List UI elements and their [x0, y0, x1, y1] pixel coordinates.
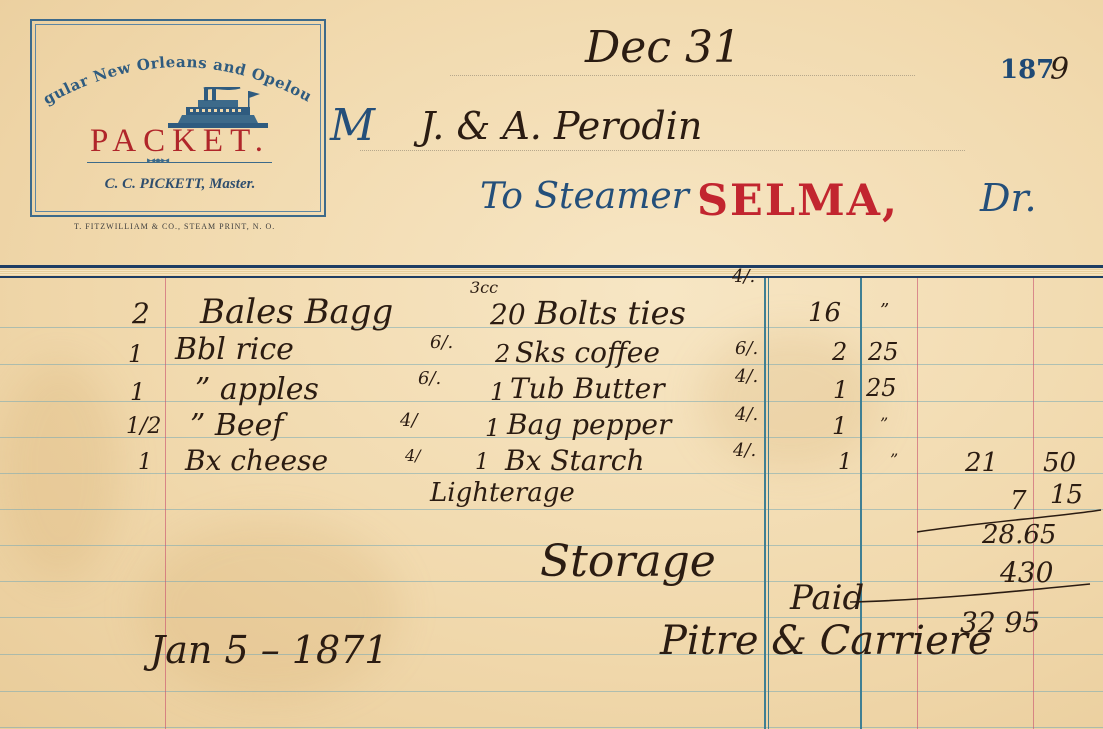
note-above: 3cc — [470, 278, 498, 297]
year-handwritten-digit: 9 — [1050, 52, 1069, 87]
item-dollars: 2 — [832, 338, 847, 366]
year-printed: 187 — [1000, 55, 1054, 85]
arc-text-svg: Regular New Orleans and Opelousas — [32, 21, 328, 121]
total-underline-stroke — [790, 580, 1103, 620]
steamer-name: SELMA, — [697, 176, 899, 226]
master-name: C. C. PICKETT, Master. — [32, 176, 328, 193]
item-qty-2: 1 — [490, 378, 505, 406]
debit-label: Dr. — [980, 176, 1037, 220]
paper-stain — [0, 360, 120, 580]
item-cents: ” — [880, 414, 888, 433]
logo-arc-text: Regular New Orleans and Opelousas — [32, 21, 315, 108]
item-qty: 2 — [132, 297, 150, 330]
item-desc-2: Bx Starch — [505, 444, 645, 477]
ledger-top-rule — [0, 265, 1103, 268]
item-desc: Bales Bagg — [200, 292, 393, 332]
date-dotted-line — [450, 75, 915, 76]
addressee-prefix: M — [330, 100, 375, 151]
item-qty-2: 1 — [475, 450, 489, 475]
item-dollars: 1 — [838, 450, 852, 475]
item-qty: 1/2 — [126, 414, 161, 439]
subtotal-cents: 50 — [1043, 448, 1076, 478]
item-cents: ” — [880, 300, 889, 321]
paper-stain — [700, 330, 880, 470]
subtotal-dollars: 21 — [965, 448, 998, 478]
item-desc-2: Sks coffee — [515, 336, 660, 369]
item-rate-2: 4/. — [733, 440, 756, 461]
item-rate-2: 4/. — [732, 266, 755, 287]
lighterage-label: Lighterage — [430, 478, 575, 508]
paid-date: Jan 5 – 1871 — [150, 628, 388, 672]
signature: Pitre & Carriere — [660, 618, 992, 664]
packet-title: PACKET. — [32, 123, 328, 160]
item-rate: 4/ — [400, 410, 418, 431]
item-desc: ” Beef — [190, 408, 284, 443]
item-desc-2: Tub Butter — [510, 372, 665, 405]
item-rate: 4/ — [405, 446, 421, 465]
addressee-handwritten: J. & A. Perodin — [420, 104, 702, 148]
item-rate: 6/. — [430, 332, 453, 353]
svg-text:Regular New Orleans and Opelou: Regular New Orleans and Opelousas — [32, 21, 315, 108]
addressee-dotted-line — [360, 150, 965, 151]
steamboat-icon — [168, 87, 268, 131]
item-rate-2: 4/. — [735, 366, 758, 387]
sum-amount: 28.65 — [982, 520, 1056, 550]
item-qty-2: 1 — [485, 414, 500, 442]
item-dollars: 1 — [832, 412, 847, 440]
item-qty-2: 2 — [495, 340, 510, 368]
printer-imprint: T. FITZWILLIAM & CO., STEAM PRINT, N. O. — [74, 222, 275, 231]
item-dollars: 16 — [808, 298, 841, 328]
ledger-top-band — [0, 269, 1103, 275]
item-cents: 25 — [866, 374, 897, 402]
storage-label: Storage — [540, 536, 716, 587]
item-rate-2: 6/. — [735, 338, 758, 359]
item-cents: ” — [890, 450, 898, 469]
item-desc-2: Bag pepper — [507, 408, 671, 441]
item-dollars: 1 — [833, 376, 848, 404]
date-handwritten: Dec 31 — [585, 22, 741, 73]
item-qty: 1 — [138, 450, 152, 475]
item-desc: Bx cheese — [185, 444, 328, 477]
item-desc: Bbl rice — [175, 332, 294, 367]
paper-stain — [140, 520, 400, 700]
to-steamer-label: To Steamer — [480, 176, 689, 217]
item-rate-2: 4/. — [735, 404, 758, 425]
item-rate: 6/. — [418, 368, 441, 389]
item-qty: 1 — [130, 378, 145, 406]
item-cents: 25 — [868, 338, 899, 366]
item-qty: 1 — [128, 340, 143, 368]
packet-logo-box: Regular New Orleans and Opelousas PACKET… — [30, 19, 326, 217]
item-qty-2: 20 — [490, 298, 526, 331]
item-desc-2: Bolts ties — [535, 294, 686, 332]
item-desc: ” apples — [195, 372, 319, 407]
column-rule-red — [1033, 278, 1034, 729]
ornament-rule — [87, 162, 272, 163]
